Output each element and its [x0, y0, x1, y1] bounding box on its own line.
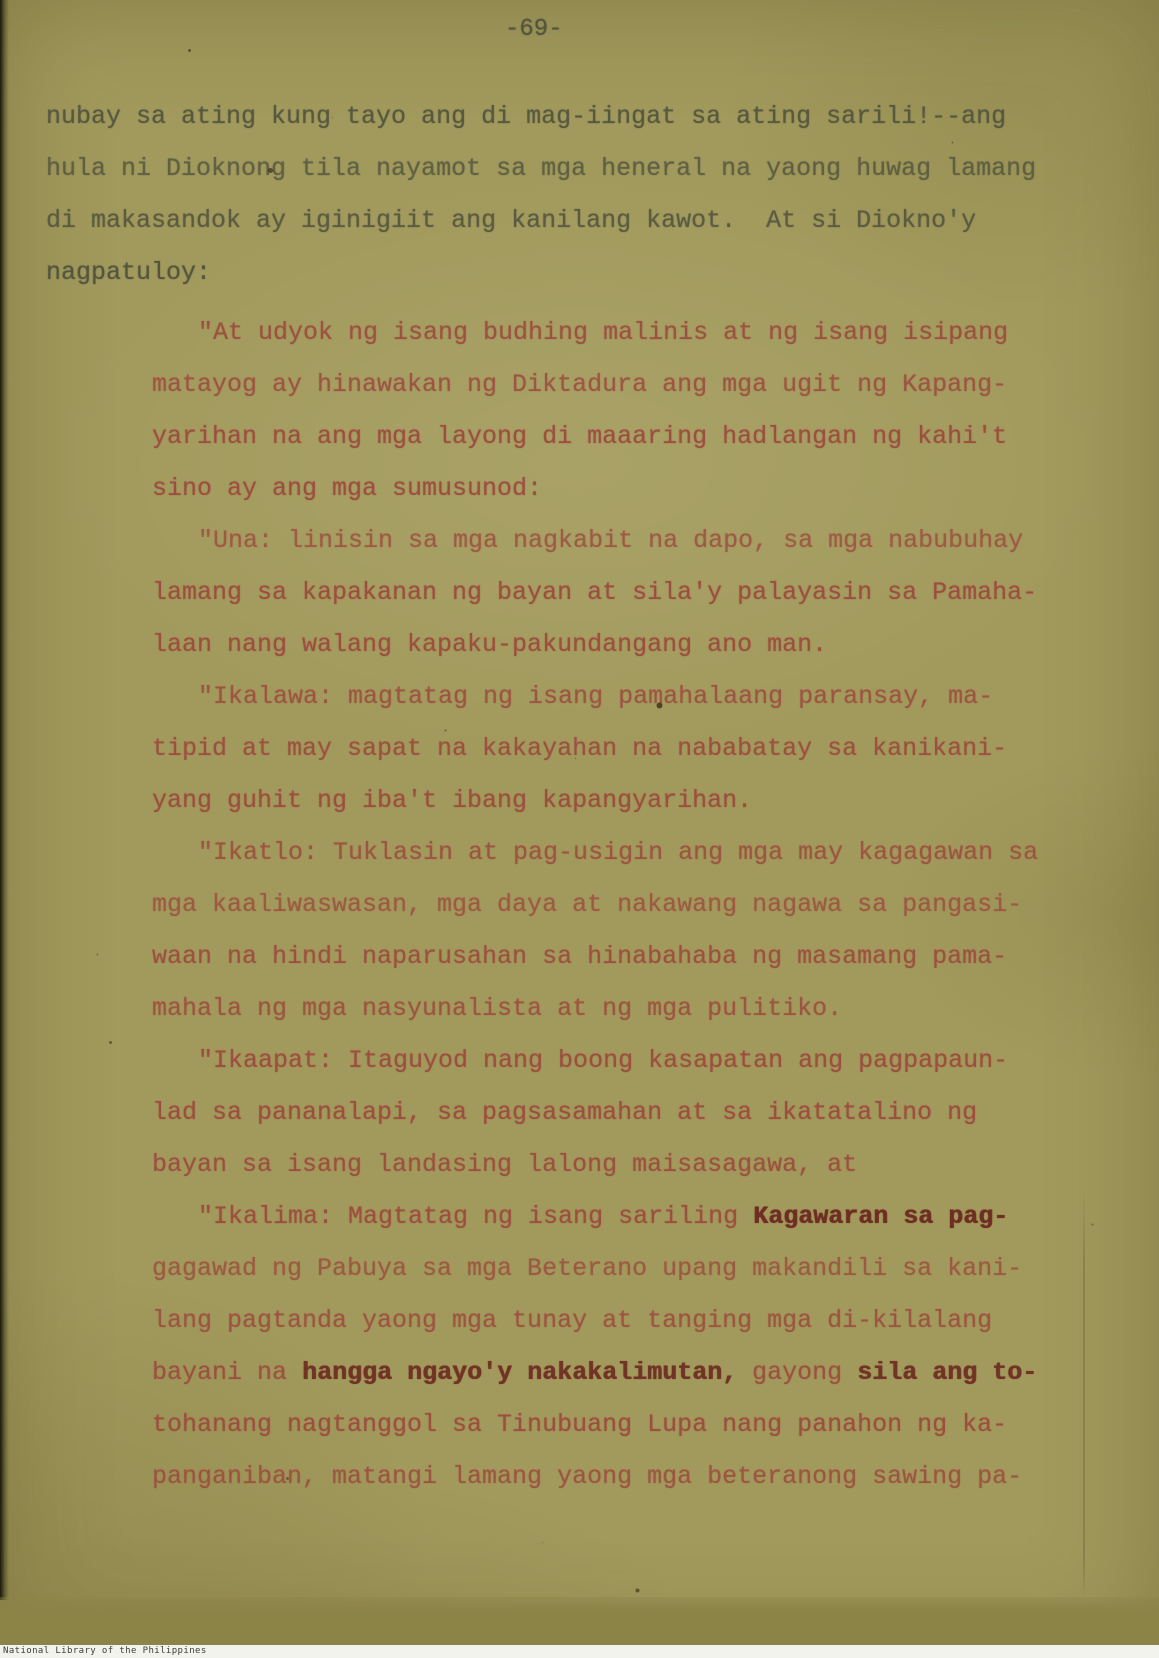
text-line: mga kaaliwaswasan, mga daya at nakawang … — [152, 892, 1022, 918]
text-segment: nubay sa ating kung tayo ang di mag-iing… — [46, 102, 1006, 131]
text-line: nubay sa ating kung tayo ang di mag-iing… — [46, 104, 1006, 130]
text-segment: nagpatuloy: — [46, 258, 211, 287]
text-segment: "At udyok ng isang budhing malinis at ng… — [198, 318, 1008, 347]
bold-text-segment: hangga ngayo'y nakakalimutan, — [302, 1358, 737, 1387]
text-segment: mahala ng mga nasyunalista at ng mga pul… — [152, 994, 842, 1023]
text-line: matayog ay hinawakan ng Diktadura ang mg… — [152, 372, 1007, 398]
text-line: sino ay ang mga sumusunod: — [152, 476, 542, 502]
text-line: waan na hindi naparusahan sa hinabahaba … — [152, 944, 1007, 970]
text-segment: "Ikalawa: magtatag ng isang pamahalaang … — [198, 682, 993, 711]
text-line: yarihan na ang mga layong di maaaring ha… — [152, 424, 1007, 450]
text-segment: panganiban, matangi lamang yaong mga bet… — [152, 1462, 1022, 1491]
scan-footer-strip: National Library of the Philippines — [0, 1645, 1159, 1658]
text-line: panganiban, matangi lamang yaong mga bet… — [152, 1464, 1022, 1490]
text-line: "Una: linisin sa mga nagkabit na dapo, s… — [198, 528, 1023, 554]
text-line: hula ni Dioknong tila nayamot sa mga hen… — [46, 156, 1036, 182]
text-line: "Ikaapat: Itaguyod nang boong kasapatan … — [198, 1048, 1008, 1074]
library-watermark: National Library of the Philippines — [0, 1645, 207, 1658]
document-text: nubay sa ating kung tayo ang di mag-iing… — [0, 0, 1159, 1600]
text-line: bayani na hangga ngayo'y nakakalimutan, … — [152, 1360, 1037, 1386]
text-segment: matayog ay hinawakan ng Diktadura ang mg… — [152, 370, 1007, 399]
text-line: yang guhit ng iba't ibang kapangyarihan. — [152, 788, 752, 814]
text-segment: lamang sa kapakanan ng bayan at sila'y p… — [152, 578, 1037, 607]
bold-text-segment: Kagawaran sa pag- — [753, 1202, 1008, 1231]
text-line: "Ikalima: Magtatag ng isang sariling Kag… — [198, 1204, 1008, 1230]
text-segment: bayan sa isang landasing lalong maisasag… — [152, 1150, 857, 1179]
paper-speckles — [0, 0, 5, 5]
scan-bottom-band — [0, 1597, 1159, 1645]
text-segment: gagawad ng Pabuya sa mga Beterano upang … — [152, 1254, 1022, 1283]
text-line: nagpatuloy: — [46, 260, 211, 286]
text-segment: yarihan na ang mga layong di maaaring ha… — [152, 422, 1007, 451]
text-segment: "Ikaapat: Itaguyod nang boong kasapatan … — [198, 1046, 1008, 1075]
text-segment: hula ni Dioknong tila nayamot sa mga hen… — [46, 154, 1036, 183]
text-line: "Ikalawa: magtatag ng isang pamahalaang … — [198, 684, 993, 710]
text-segment: lad sa pananalapi, sa pagsasamahan at sa… — [152, 1098, 977, 1127]
text-line: gagawad ng Pabuya sa mga Beterano upang … — [152, 1256, 1022, 1282]
text-line: lamang sa kapakanan ng bayan at sila'y p… — [152, 580, 1037, 606]
text-segment: di makasandok ay iginigiit ang kanilang … — [46, 206, 976, 235]
text-line: tohanang nagtanggol sa Tinubuang Lupa na… — [152, 1412, 1007, 1438]
text-segment: tohanang nagtanggol sa Tinubuang Lupa na… — [152, 1410, 1007, 1439]
text-segment: bayani na — [152, 1358, 302, 1387]
text-segment: mga kaaliwaswasan, mga daya at nakawang … — [152, 890, 1022, 919]
text-line: di makasandok ay iginigiit ang kanilang … — [46, 208, 976, 234]
text-segment: "Una: linisin sa mga nagkabit na dapo, s… — [198, 526, 1023, 555]
text-segment: yang guhit ng iba't ibang kapangyarihan. — [152, 786, 752, 815]
bold-text-segment: sila ang to- — [857, 1358, 1037, 1387]
text-line: laan nang walang kapaku-pakundangang ano… — [152, 632, 827, 658]
text-segment: "Ikatlo: Tuklasin at pag-usigin ang mga … — [198, 838, 1038, 867]
text-segment: sino ay ang mga sumusunod: — [152, 474, 542, 503]
text-line: bayan sa isang landasing lalong maisasag… — [152, 1152, 857, 1178]
text-segment: "Ikalima: Magtatag ng isang sariling — [198, 1202, 753, 1231]
text-segment: laan nang walang kapaku-pakundangang ano… — [152, 630, 827, 659]
text-segment: waan na hindi naparusahan sa hinabahaba … — [152, 942, 1007, 971]
text-segment: lang pagtanda yaong mga tunay at tanging… — [152, 1306, 992, 1335]
text-segment: gayong — [737, 1358, 857, 1387]
text-line: "At udyok ng isang budhing malinis at ng… — [198, 320, 1008, 346]
text-line: lad sa pananalapi, sa pagsasamahan at sa… — [152, 1100, 977, 1126]
text-line: "Ikatlo: Tuklasin at pag-usigin ang mga … — [198, 840, 1038, 866]
text-line: lang pagtanda yaong mga tunay at tanging… — [152, 1308, 992, 1334]
text-line: mahala ng mga nasyunalista at ng mga pul… — [152, 996, 842, 1022]
text-line: tipid at may sapat na kakayahan na nabab… — [152, 736, 1007, 762]
text-segment: tipid at may sapat na kakayahan na nabab… — [152, 734, 1007, 763]
scanned-document-page: -69- nubay sa ating kung tayo ang di mag… — [0, 0, 1159, 1658]
